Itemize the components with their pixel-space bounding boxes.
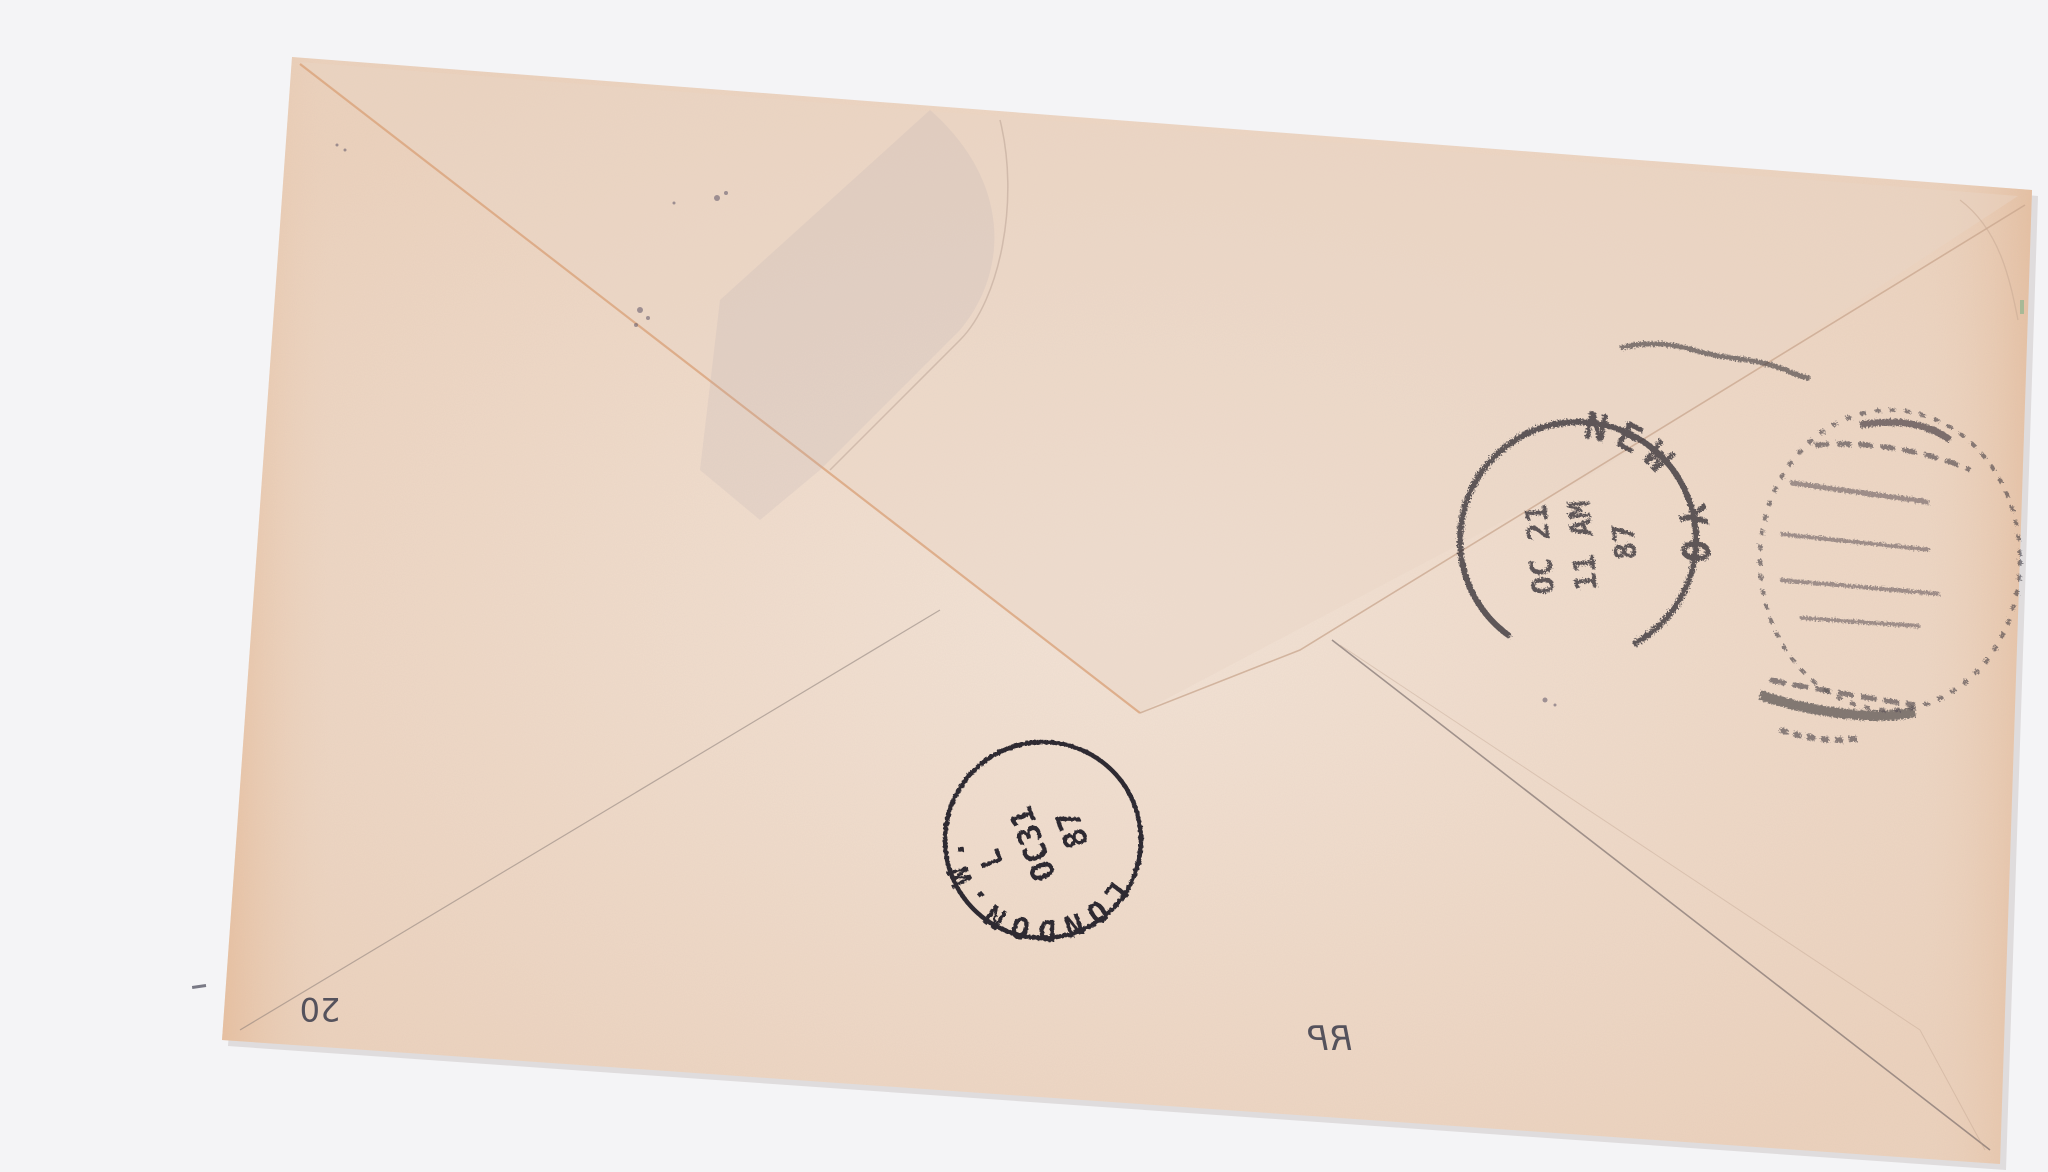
pencil-note-bottom-center: RP: [1307, 1019, 1352, 1059]
envelope: [222, 57, 2032, 1164]
stray-mark-green: [2020, 300, 2024, 314]
pencil-note-rp: RP: [1307, 1019, 1352, 1059]
envelope-photo: LONDON.W. L OC31 87 NEW YO OC 21 11 AM 8…: [0, 0, 2048, 1172]
ny-line-3: 87: [1606, 522, 1644, 561]
pencil-note-bottom-left: 20: [300, 990, 341, 1028]
pencil-note-20: 20: [300, 990, 341, 1028]
stray-mark: [192, 984, 206, 989]
